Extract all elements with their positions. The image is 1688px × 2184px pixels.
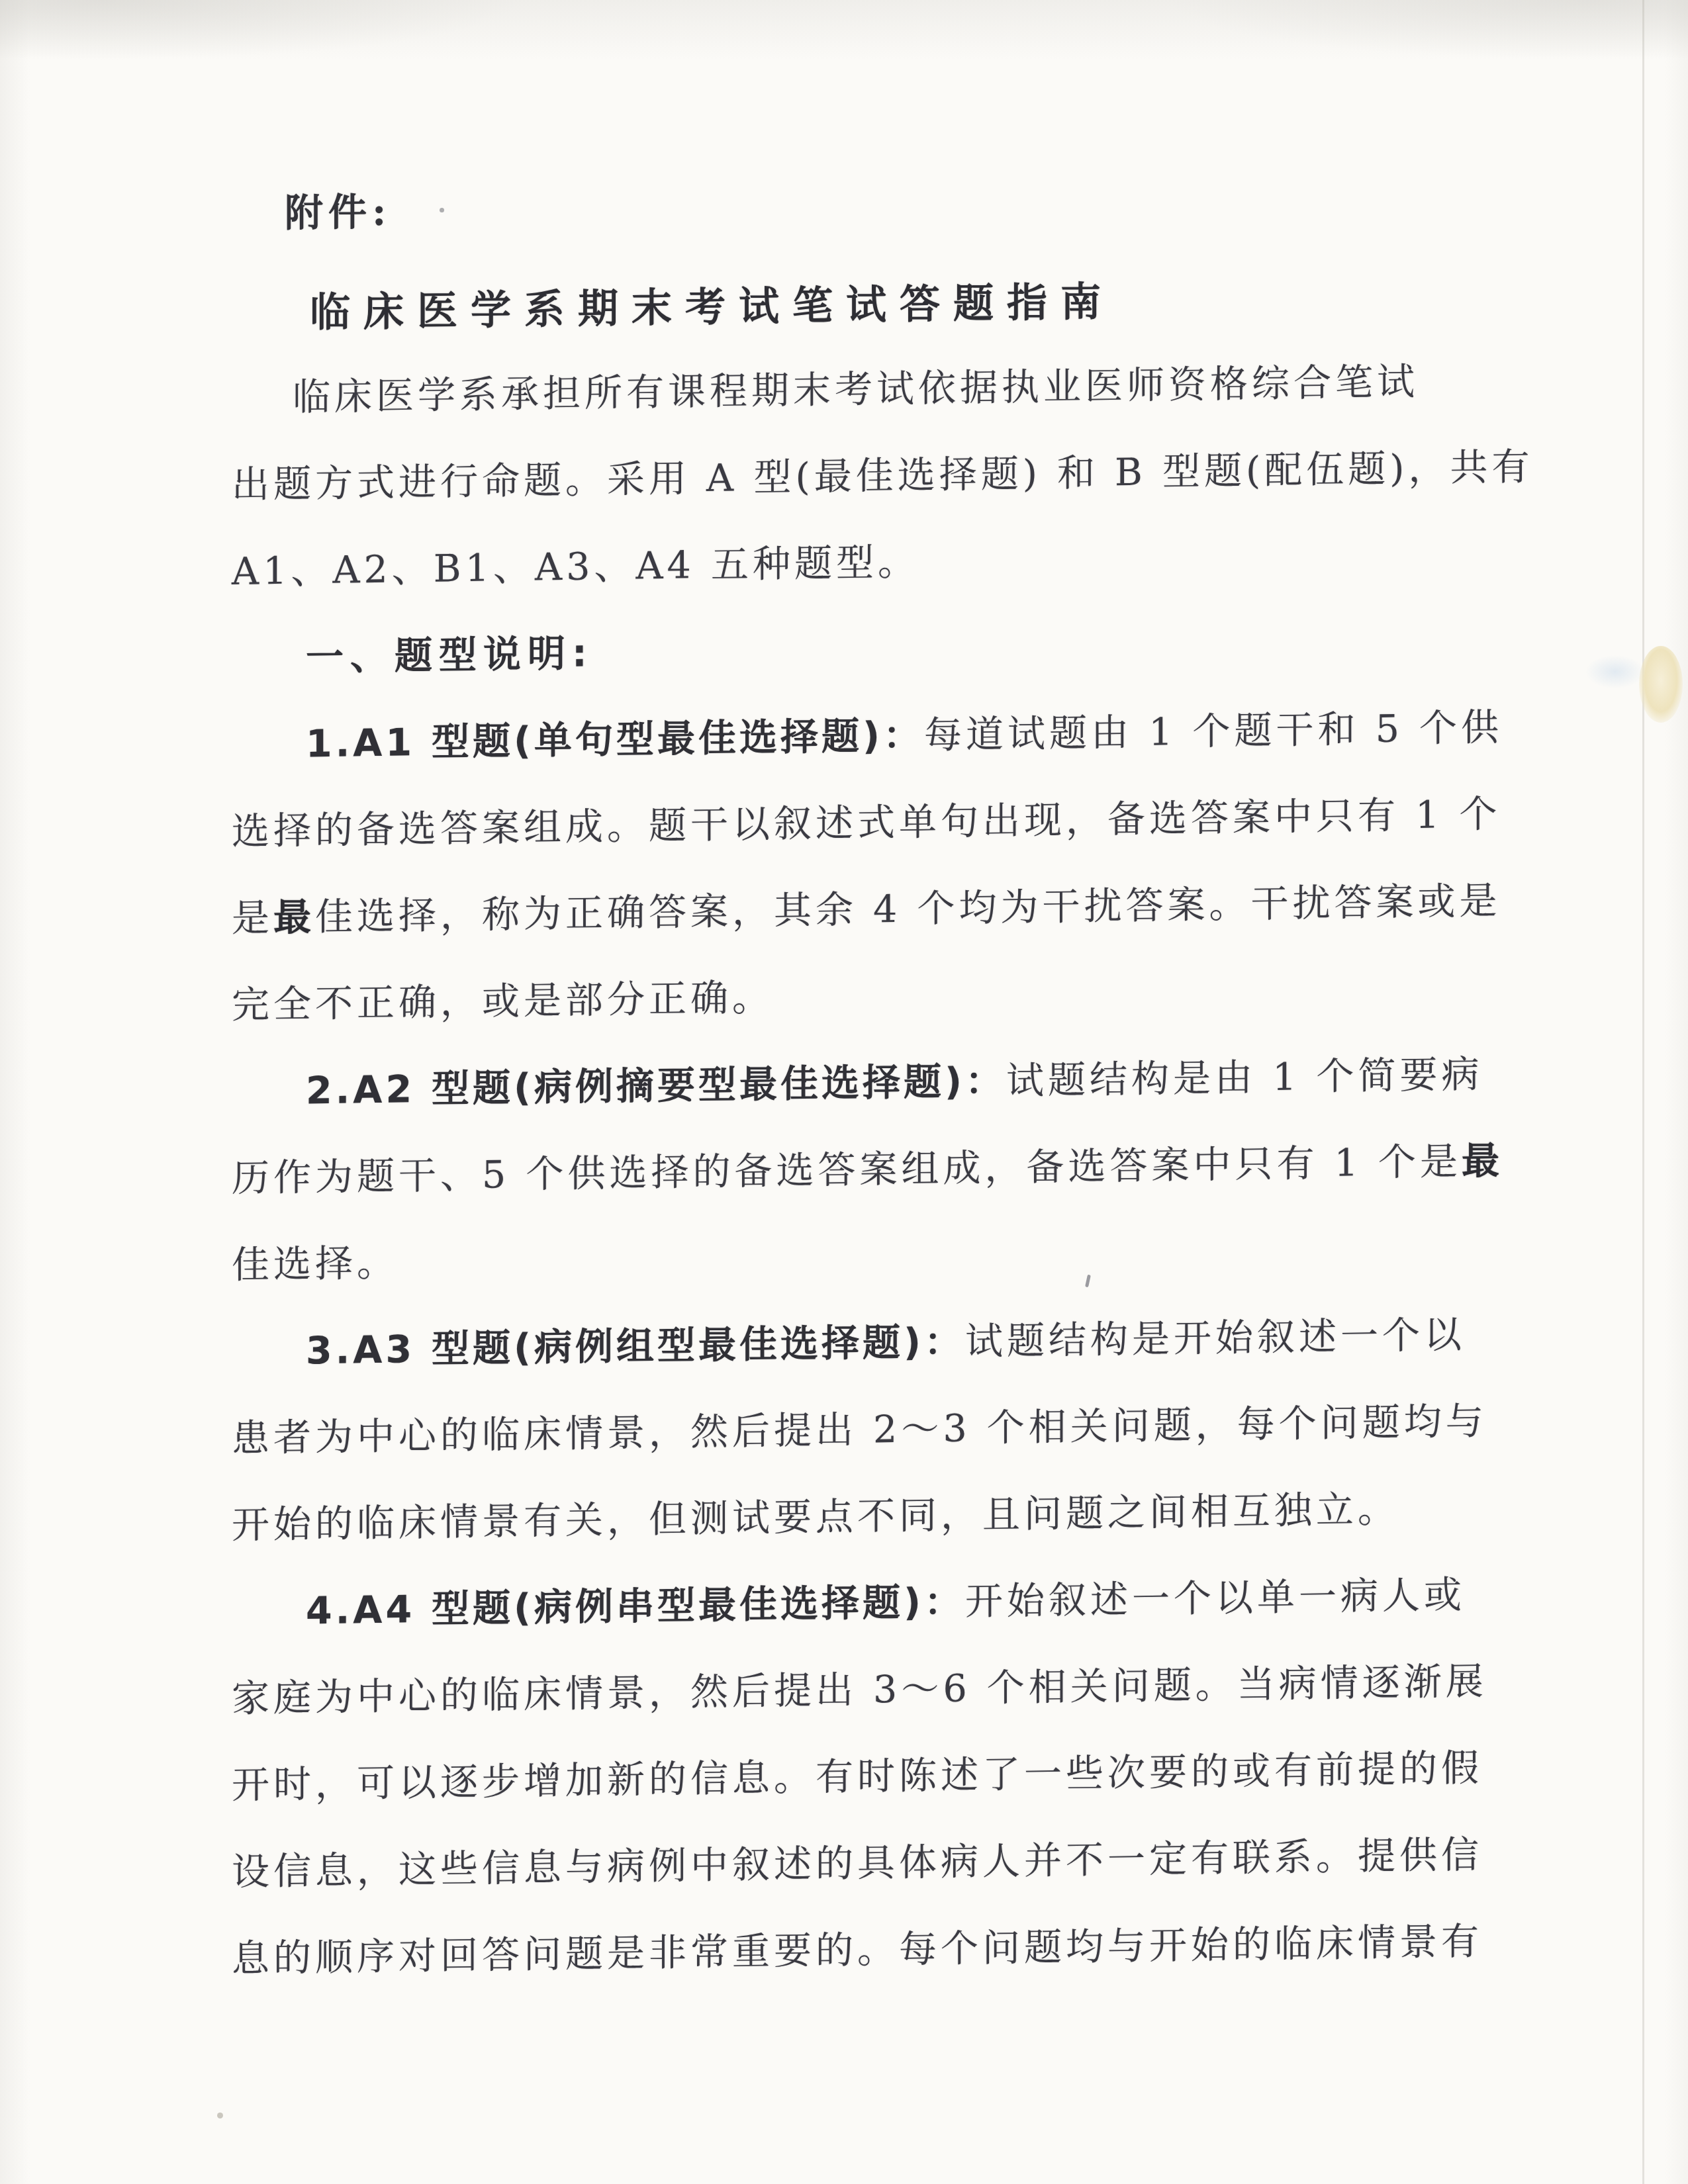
item-a4-line-4: 设信息，这些信息与病例中叙述的具体病人并不一定有联系。提供信	[232, 1831, 1436, 1897]
section-heading-line: 一、题型说明:	[232, 616, 1511, 683]
item-a1-line3-rest: 佳选择，称为正确答案，其余 4 个均为干扰答案。干扰答案或是	[315, 879, 1501, 939]
scan-blue-smudge	[1586, 655, 1644, 688]
document-content: 附件: 临床医学系期末考试笔试答题指南 临床医学系承担所有课程期末考试依据执业医…	[0, 0, 1688, 2184]
item-a3-line-2: 患者为中心的临床情景，然后提出 2～3 个相关问题，每个问题均与	[232, 1398, 1436, 1463]
attachment-label: 附件:	[285, 189, 391, 236]
item-a3-line1-rest: 试题结构是开始叙述一个以	[965, 1313, 1466, 1364]
item-a4-line-3: 开时，可以逐步增加新的信息。有时陈述了一些次要的或有前提的假	[232, 1745, 1436, 1810]
item-a1-line-2: 选择的备选答案组成。题干以叙述式单句出现，备选答案中只有 1 个	[232, 791, 1436, 856]
item-a2-line-1: 2.A2 型题(病例摘要型最佳选择题)：试题结构是由 1 个简要病	[232, 1050, 1511, 1116]
item-a4-line-1: 4.A4 型题(病例串型最佳选择题)：开始叙述一个以单一病人或	[232, 1570, 1511, 1637]
item-a4-heading: 4.A4 型题(病例串型最佳选择题)：	[306, 1580, 965, 1633]
item-a3-line-1: 3.A3 型题(病例组型最佳选择题)：试题结构是开始叙述一个以	[232, 1310, 1511, 1377]
document-title: 临床医学系期末考试笔试答题指南	[232, 276, 1114, 340]
item-a2-line2-emphasis: 最	[1462, 1138, 1503, 1183]
item-a1-line-4: 完全不正确，或是部分正确。	[232, 964, 1436, 1030]
item-a2-line1-rest: 试题结构是由 1 个简要病	[1006, 1053, 1483, 1103]
item-a3-heading: 3.A3 型题(病例组型最佳选择题)：	[306, 1320, 965, 1373]
item-a1-line1-rest: 每道试题由 1 个题干和 5 个供	[924, 705, 1503, 757]
item-a2-line-2: 历作为题干、5 个供选择的备选答案组成，备选答案中只有 1 个是最	[232, 1138, 1436, 1203]
item-a1-line3-emphasis: 最	[273, 895, 315, 940]
intro-line-3: A1、A2、B1、A3、A4 五种题型。	[232, 531, 1436, 596]
item-a1-line-3: 是最佳选择，称为正确答案，其余 4 个均为干扰答案。干扰答案或是	[232, 878, 1436, 943]
item-a4-line-2: 家庭为中心的临床情景，然后提出 3～6 个相关问题。当病情逐渐展	[232, 1658, 1436, 1723]
item-a4-line-5: 息的顺序对回答问题是非常重要的。每个问题均与开始的临床情景有	[232, 1918, 1436, 1983]
item-a2-line2-pre: 历作为题干、5 个供选择的备选答案组成，备选答案中只有 1 个是	[232, 1140, 1462, 1201]
item-a1-line-1: 1.A1 型题(单句型最佳选择题)：每道试题由 1 个题干和 5 个供	[232, 703, 1511, 770]
intro-line-1: 临床医学系承担所有课程期末考试依据执业医师资格综合笔试	[232, 356, 1497, 423]
scan-speck-top	[440, 208, 444, 212]
item-a2-heading: 2.A2 型题(病例摘要型最佳选择题)：	[306, 1060, 1006, 1113]
item-a1-line3-pre: 是	[232, 896, 273, 940]
scanned-document-page: 附件: 临床医学系期末考试笔试答题指南 临床医学系承担所有课程期末考试依据执业医…	[0, 0, 1688, 2184]
item-a3-line-3: 开始的临床情景有关，但测试要点不同，且问题之间相互独立。	[232, 1484, 1436, 1550]
intro-line-2: 出题方式进行命题。采用 A 型(最佳选择题) 和 B 型题(配伍题)，共有	[232, 444, 1436, 510]
item-a4-line1-rest: 开始叙述一个以单一病人或	[965, 1573, 1466, 1624]
item-a1-heading: 1.A1 型题(单句型最佳选择题)：	[306, 713, 924, 766]
scan-blotch-stain	[1639, 646, 1683, 723]
section-heading: 一、题型说明:	[306, 631, 594, 679]
scan-speck-bottom-left	[217, 2113, 223, 2118]
scan-crease-line	[1642, 0, 1644, 2184]
item-a2-line-3: 佳选择。	[232, 1224, 1436, 1290]
